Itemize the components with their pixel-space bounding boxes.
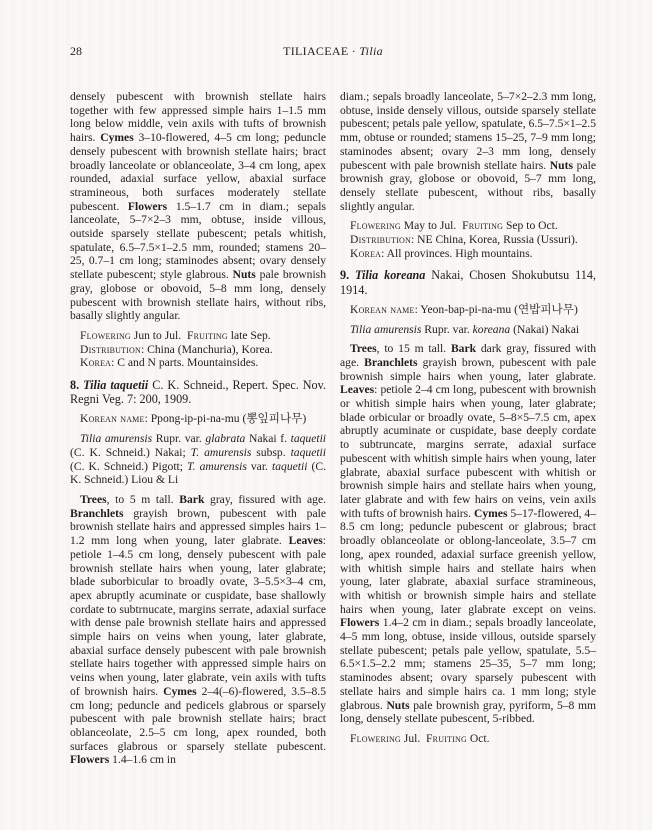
note-line: Flowering May to Jul. Fruiting Sep to Oc… (350, 219, 596, 233)
running-title-genus: Tilia (359, 44, 383, 58)
description-paragraph: diam.; sepals broadly lanceolate, 5–7×2–… (340, 90, 596, 213)
korean-name-line: Korean name: Yeon-bap-pi-na-mu (연밥피나무) (340, 303, 596, 317)
note-line: Korea: C and N parts. Mountainsides. (80, 356, 326, 370)
text-run: 1.4–2 cm in diam.; sepals broadly lanceo… (340, 616, 596, 711)
text-run: var. (247, 460, 272, 473)
description-paragraph: Trees, to 5 m tall. Bark gray, fissured … (70, 493, 326, 767)
right-column: diam.; sepals broadly lanceolate, 5–7×2–… (340, 90, 596, 767)
text-run: Cymes (100, 131, 134, 144)
text-run: glabrata (205, 432, 245, 445)
synonymy-paragraph: Tilia amurensis Rupr. var. glabrata Naka… (70, 432, 326, 487)
text-run: Korean name (80, 412, 145, 425)
text-run: Tilia koreana (355, 268, 425, 282)
text-run: Tilia amurensis (80, 432, 152, 445)
running-header: 28 TILIACEAE · Tilia (70, 44, 596, 61)
text-run: (Nakai) Nakai (510, 323, 579, 336)
text-run: Bark (179, 493, 204, 506)
text-run: Branchlets (70, 507, 123, 520)
running-title-family: TILIACEAE (283, 44, 348, 58)
text-run: Korean name (350, 303, 415, 316)
description-paragraph: densely pubescent with brownish stellate… (70, 90, 326, 323)
text-run: May to Jul. (401, 219, 462, 232)
text-run: Leaves (340, 383, 374, 396)
text-run: late Sep. (228, 329, 271, 342)
text-run: 9. (340, 268, 355, 282)
left-column: densely pubescent with brownish stellate… (70, 90, 326, 767)
text-run: Jun to Jul. (131, 329, 187, 342)
text-run: , to 15 m tall. (377, 342, 451, 355)
text-run: (C. K. Schneid.) Pigott; (70, 460, 187, 473)
text-run: Distribution (80, 343, 141, 356)
text-run: (C. K. Schneid.) Nakai; (70, 446, 191, 459)
two-column-body: densely pubescent with brownish stellate… (70, 90, 596, 767)
text-run: : All provinces. High mountains. (381, 247, 532, 260)
species-heading: 9. Tilia koreana Nakai, Chosen Shokubuts… (340, 268, 596, 296)
text-run: Korea (350, 247, 381, 260)
text-run: : C and N parts. Mountainsides. (111, 356, 258, 369)
running-title: TILIACEAE · Tilia (70, 44, 596, 59)
text-run: Flowers (128, 200, 167, 213)
text-run: T. amurensis (187, 460, 247, 473)
text-run: Nakai f. (245, 432, 290, 445)
text-run: Bark (451, 342, 476, 355)
text-run: subsp. (251, 446, 290, 459)
phenology-notes: Flowering May to Jul. Fruiting Sep to Oc… (340, 219, 596, 260)
text-run: Leaves (289, 534, 323, 547)
text-run: taquetii (291, 432, 326, 445)
text-run: Fruiting (187, 329, 228, 342)
phenology-notes: Flowering Jul. Fruiting Oct. (340, 732, 596, 746)
text-run: Jul. (401, 732, 426, 745)
text-run: gray, fissured with age. (204, 493, 326, 506)
text-run: Nuts (550, 159, 573, 172)
running-title-separator: · (348, 44, 359, 58)
text-run: 8. (70, 378, 83, 392)
description-paragraph: Trees, to 15 m tall. Bark dark gray, fis… (340, 342, 596, 726)
text-run: 1.4–1.6 cm in (109, 753, 176, 766)
text-run: T. amurensis (191, 446, 252, 459)
text-run: Trees (80, 493, 107, 506)
text-run: Fruiting (426, 732, 467, 745)
text-run: : Yeon-bap-pi-na-mu (연밥피나무) (415, 303, 578, 316)
text-run: Nuts (386, 699, 409, 712)
text-run: taquetii (272, 460, 307, 473)
text-run: Rupr. var. (421, 323, 472, 336)
note-line: Flowering Jun to Jul. Fruiting late Sep. (80, 329, 326, 343)
text-run: : China (Manchuria), Korea. (141, 343, 273, 356)
text-run: Flowering (350, 219, 401, 232)
text-run: Nuts (233, 268, 256, 281)
text-run: Flowers (340, 616, 379, 629)
note-line: Distribution: China (Manchuria), Korea. (80, 343, 326, 357)
text-run: : Ppong-ip-pi-na-mu (뽕잎피나무) (145, 412, 307, 425)
species-heading: 8. Tilia taquetii C. K. Schneid., Repert… (70, 378, 326, 406)
scanned-book-page: 28 TILIACEAE · Tilia densely pubescent w… (0, 0, 652, 830)
text-run: , to 5 m tall. (107, 493, 180, 506)
text-run: Branchlets (364, 356, 417, 369)
korean-name-line: Korean name: Ppong-ip-pi-na-mu (뽕잎피나무) (70, 412, 326, 426)
text-run: Tilia amurensis (350, 323, 421, 336)
synonymy-paragraph: Tilia amurensis Rupr. var. koreana (Naka… (340, 323, 596, 337)
text-run: Tilia taquetii (83, 378, 148, 392)
text-run: Oct. (467, 732, 490, 745)
text-run: koreana (473, 323, 511, 336)
text-run: Rupr. var. (152, 432, 205, 445)
text-run: : petiole 2–4 cm long, pubescent with br… (340, 383, 596, 519)
text-run: Flowering (350, 732, 401, 745)
text-run: : NE China, Korea, Russia (Ussuri). (411, 233, 578, 246)
text-run: Cymes (163, 685, 197, 698)
text-run: Sep to Oct. (503, 219, 558, 232)
note-line: Distribution: NE China, Korea, Russia (U… (350, 233, 596, 247)
text-run: Cymes (474, 507, 508, 520)
text-run: Distribution (350, 233, 411, 246)
text-run: Flowering (80, 329, 131, 342)
note-line: Korea: All provinces. High mountains. (350, 247, 596, 261)
phenology-notes: Flowering Jun to Jul. Fruiting late Sep.… (70, 329, 326, 370)
note-line: Flowering Jul. Fruiting Oct. (350, 732, 596, 746)
text-run: Flowers (70, 753, 109, 766)
text-run: Korea (80, 356, 111, 369)
text-run: taquetii (291, 446, 326, 459)
text-run: 5–17-flowered, 4–8.5 cm long; peduncle p… (340, 507, 596, 616)
text-run: : petiole 1–4.5 cm long, densely pubesce… (70, 534, 326, 698)
text-run: Fruiting (462, 219, 503, 232)
text-run: Trees (350, 342, 377, 355)
